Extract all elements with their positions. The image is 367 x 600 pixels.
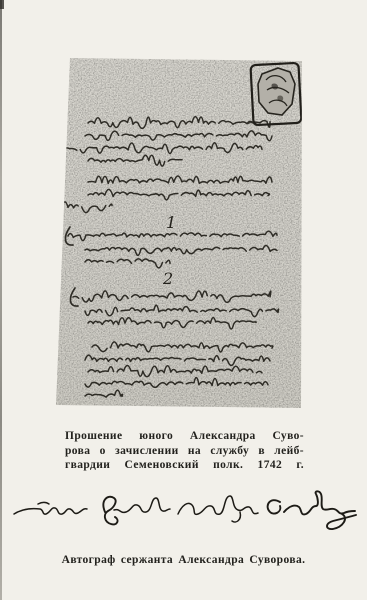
- signature-word-3: [178, 496, 258, 514]
- autograph-caption: Автограф сержанта Александра Суворова.: [0, 554, 367, 566]
- scan-edge-artifact: [0, 0, 2, 600]
- manuscript-photo: 1 2: [56, 58, 302, 408]
- manuscript-photo-canvas: 1 2: [56, 58, 302, 408]
- section-number-2: 2: [162, 269, 173, 288]
- signature-word-2: [114, 498, 170, 512]
- signature-word-4-capital: [268, 500, 281, 513]
- signature-word-4: [284, 491, 355, 514]
- book-page: 1 2 Прошение юного Александра Суво- рова…: [0, 0, 367, 600]
- signature-word-1-flourish: [38, 503, 49, 505]
- petition-caption-line-2: рова о зачислении на службу в лейб-: [65, 444, 304, 459]
- suvorov-autograph-signature: [8, 490, 360, 538]
- petition-caption-line-3: гвардии Семеновский полк. 1742 г.: [65, 458, 304, 473]
- scan-corner-artifact: [0, 0, 4, 9]
- section-number-1: 1: [166, 213, 176, 232]
- signature-word-2-capital: [103, 497, 117, 525]
- signature-word-3-descender: [232, 512, 240, 522]
- signature-word-1: [14, 508, 87, 514]
- signature-tail-flourish: [327, 514, 356, 529]
- petition-caption-line-1: Прошение юного Александра Суво-: [65, 429, 304, 444]
- petition-caption: Прошение юного Александра Суво- рова о з…: [65, 429, 304, 473]
